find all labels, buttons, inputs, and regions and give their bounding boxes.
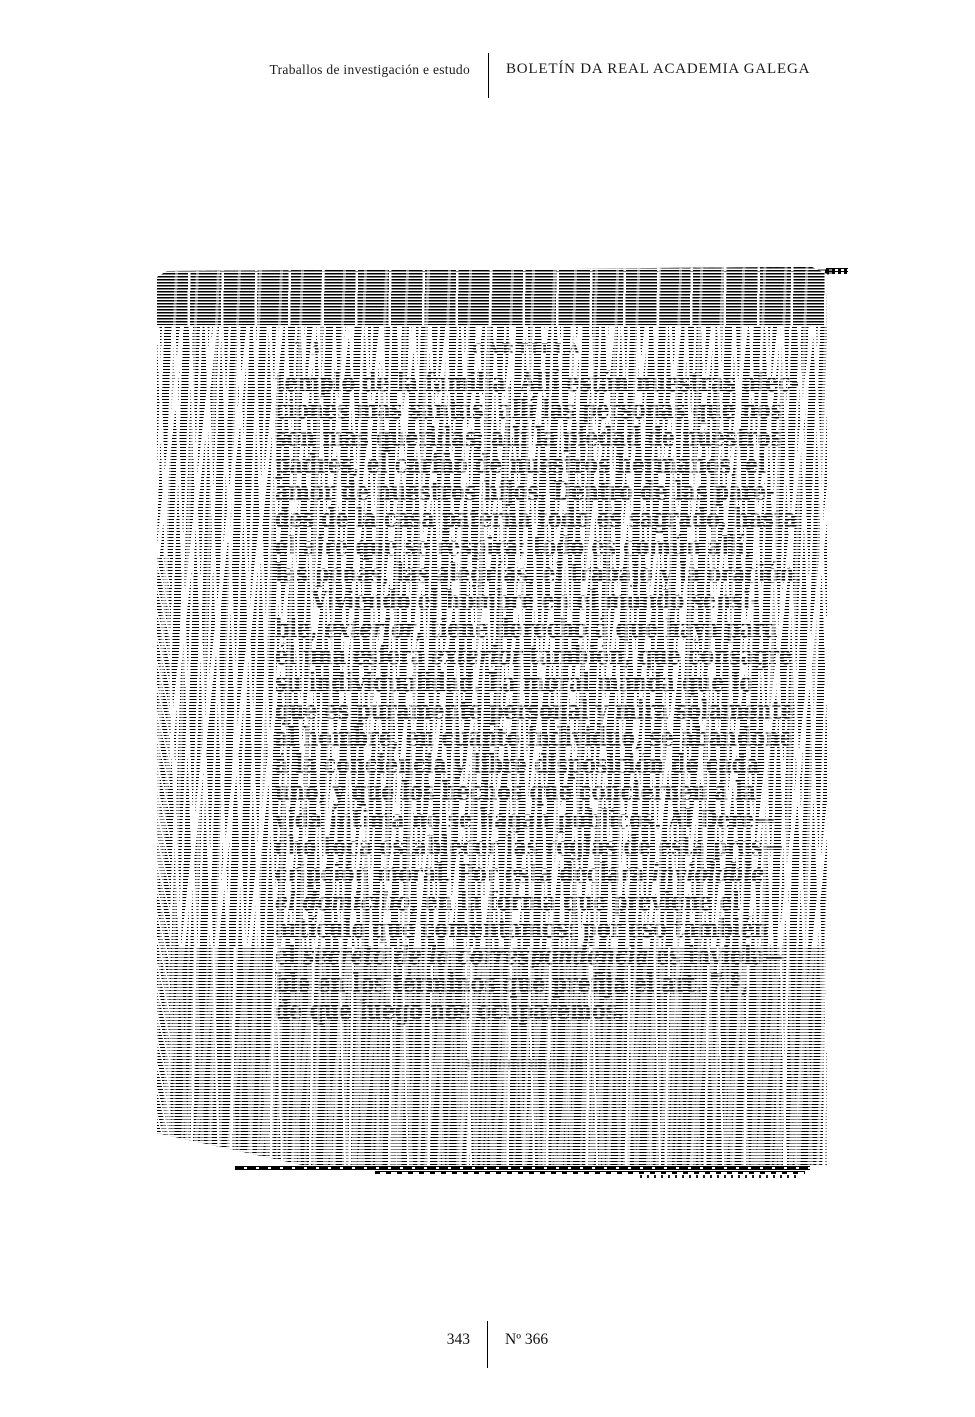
scan-text-line: des de la casa paterna todo es sagrado, … (275, 506, 796, 533)
footer-divider (487, 1321, 488, 1368)
scan-running-title: CARTILLA (275, 335, 780, 358)
header-divider (488, 53, 489, 98)
scan-text-line: su individualidad. La moral manda que lo (275, 670, 796, 697)
scan-text-line: al hombre, en cuanto individuo, se aband… (275, 725, 796, 752)
scan-running-header: 13 CARTILLA (275, 335, 780, 362)
scan-text-line: cho toca establecer las reglas de esta p… (275, 834, 796, 861)
scan-top-edge-line (165, 271, 817, 273)
scan-raster-dense-top (157, 267, 827, 325)
scan-text-line: el aire que se respira: todo es común al… (275, 534, 796, 561)
scan-left-edge-speckle (157, 557, 170, 1137)
scan-text-line: el secreto de la correspondencia es invi… (275, 943, 796, 970)
scan-text-line: el domicilio, en la forma que previene e… (275, 889, 796, 916)
footer-page-number: 343 (370, 1331, 470, 1349)
scan-text-line: artículo que comentamos: por eso también (275, 916, 796, 943)
scan-text-line: vida íntima no se hagan públicos. Al Der… (275, 807, 796, 834)
scan-text-line: que es puramente personal y mira solamen… (275, 698, 796, 725)
scan-edge-fragment-top-right (826, 268, 848, 274)
scan-edge-fragment-bottom-1 (235, 1166, 810, 1170)
scan-text-line: él una esfera exterior también, que cons… (275, 643, 796, 670)
page: Traballos de investigación e estudo BOLE… (0, 0, 975, 1417)
scan-text-line: ble, exterior, tiene derecho á que haya … (275, 616, 796, 643)
scan-text-line: de que luego nos ocuparemos. (275, 998, 796, 1025)
scan-text-line: ble en los términos que prefija el art. … (275, 971, 796, 998)
header-section-title: Traballos de investigación e estudo (170, 62, 470, 78)
stamp-smudge (463, 1060, 585, 1069)
scan-text-line: amor de nuestros hijos. Dentro de las pa… (275, 479, 796, 506)
scan-edge-fragment-bottom-2 (375, 1171, 805, 1174)
scan-text-line: son mas queridas; allí la piedad de nues… (275, 425, 796, 452)
scan-text-lines: templo de la familia. Allí están nuestra… (275, 370, 796, 1025)
scan-text-line: Viviendo el hombre en el mundo sensi- (275, 588, 796, 615)
scan-text-line: padres, el cariño de nuestros hermanos, … (275, 452, 796, 479)
scan-edge-fragment-bottom-3 (640, 1175, 800, 1178)
scan-page-number: 13 (293, 338, 322, 359)
scan-text-line: cripción moral. Por esta declara inviola… (275, 861, 796, 888)
header-journal-title: BOLETÍN DA REAL ACADEMIA GALEGA (506, 61, 810, 78)
scan-text-line: ciones mas santas; allí las personas que… (275, 397, 796, 424)
footer-issue-number: Nº 366 (505, 1331, 548, 1349)
scan-text-line: templo de la familia. Allí están nuestra… (275, 370, 796, 397)
scan-text-line: á la conciencia y libre disposición de c… (275, 752, 796, 779)
scan-text-line: uno, y que los hechos que conciernen á l… (275, 779, 796, 806)
scan-text-line: las penas, las alegrías, el trabajo y la… (275, 561, 796, 588)
scanned-page-image: 13 CARTILLA templo de la familia. Allí e… (157, 267, 827, 1167)
